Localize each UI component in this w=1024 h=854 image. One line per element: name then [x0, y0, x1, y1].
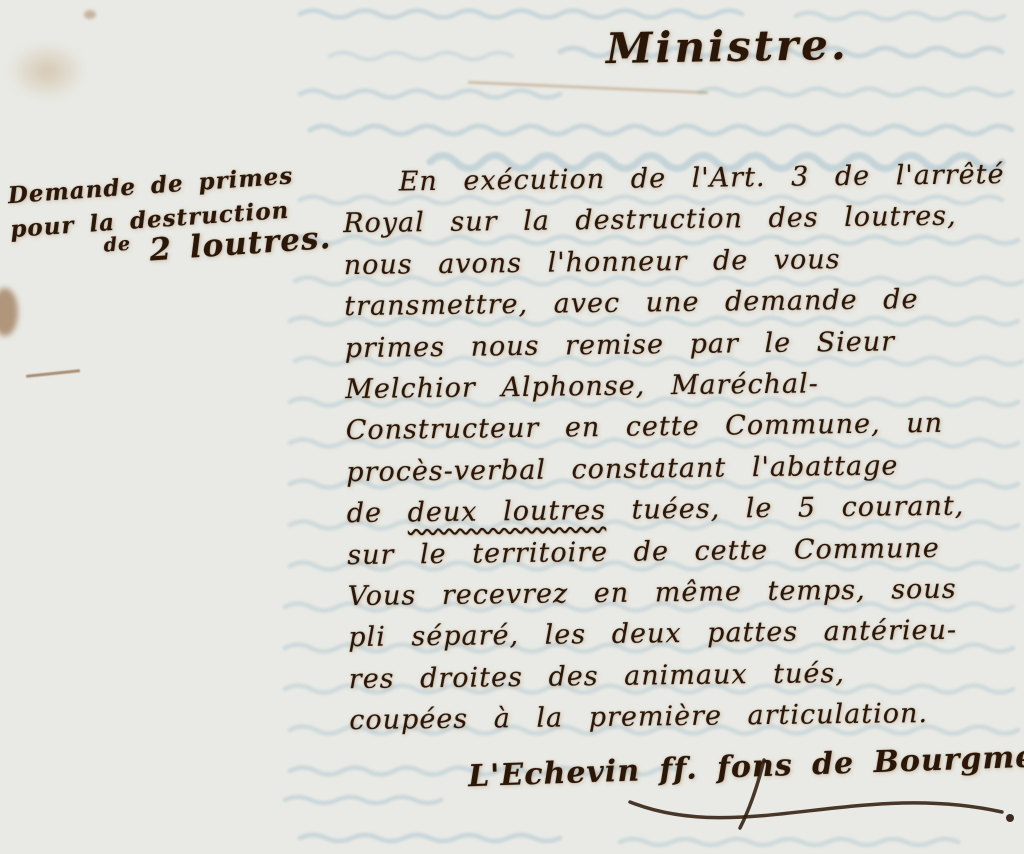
manuscript-page: Ministre. Demande de primes pour la dest… [0, 0, 1024, 854]
signature-flourish-icon [0, 0, 1024, 854]
